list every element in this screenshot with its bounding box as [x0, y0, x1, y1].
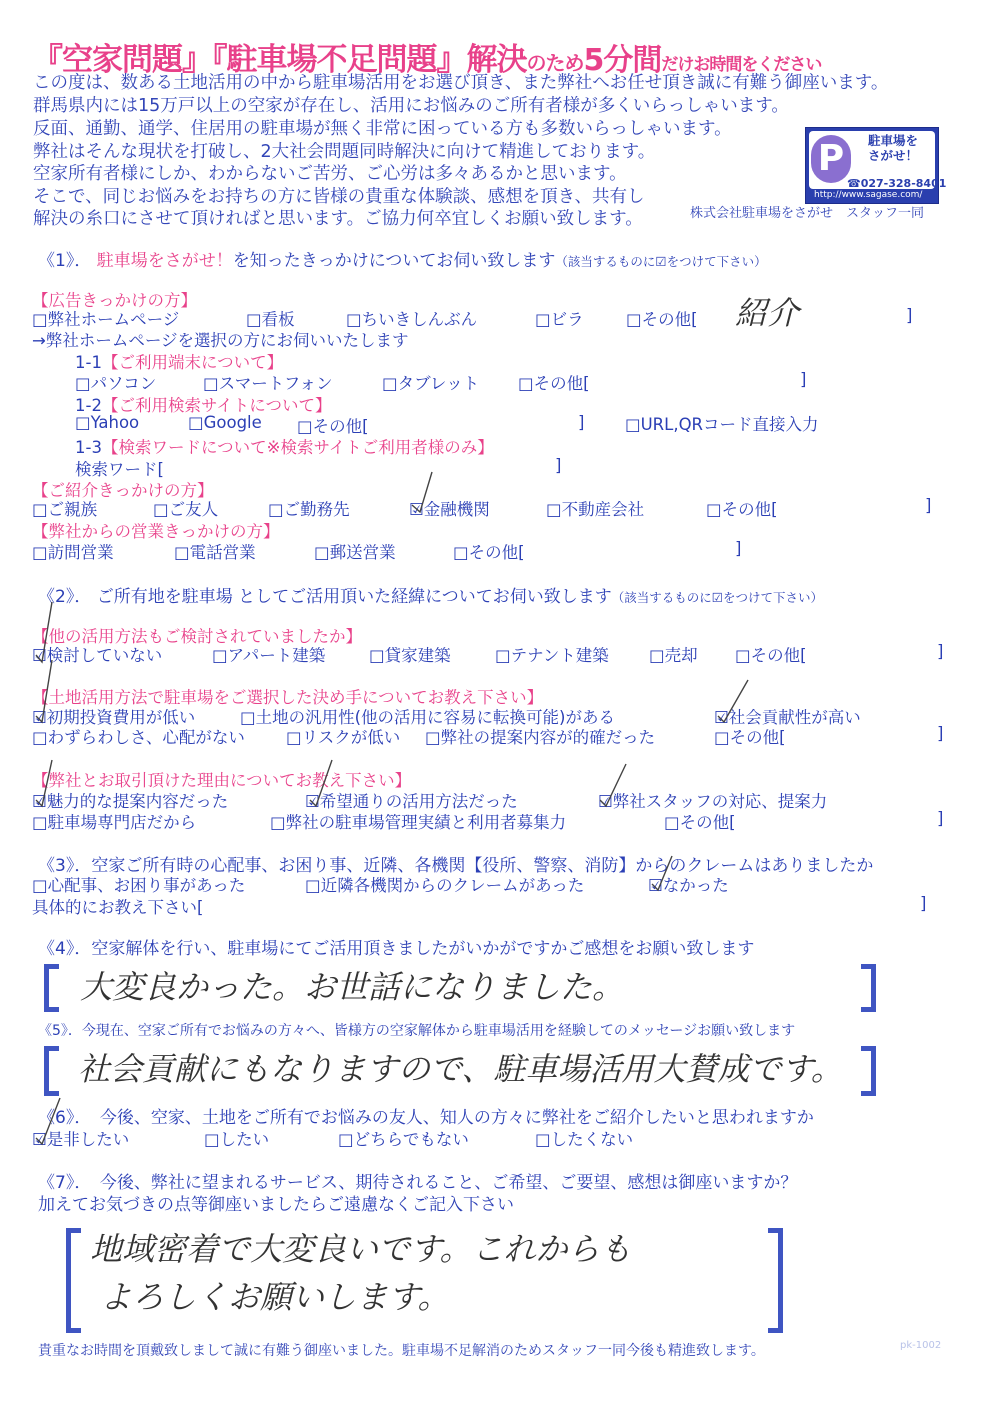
bracket-right: [861, 1046, 876, 1096]
homepage-lead: →弊社ホームページを選択の方にお伺いいたします: [32, 327, 409, 351]
q6-yes[interactable]: □したい: [204, 1126, 269, 1150]
bracket-close: ]: [578, 413, 584, 432]
q1-3-num: 1-3: [75, 438, 102, 457]
q2b-no-hassle[interactable]: □わずらわしさ、心配がない: [32, 724, 245, 748]
q6-no[interactable]: □したくない: [535, 1126, 633, 1150]
q3-detail-field[interactable]: 具体的にお教え下さい[: [32, 894, 203, 918]
q2c-track-record[interactable]: □弊社の駐車場管理実績と利用者募集力: [270, 809, 566, 833]
q7-answer-line-1[interactable]: 地域密着で大変良いです。これからも: [90, 1224, 631, 1270]
q2b-proposal-accurate[interactable]: □弊社の提案内容が的確だった: [425, 724, 655, 748]
q1-3-title: 【検索ワードについて※検索サイトご利用者様のみ】: [102, 438, 494, 457]
q1-number: 《1》．: [38, 251, 91, 271]
bracket-close: ]: [920, 894, 926, 913]
intro-line-4: 弊社はそんな現状を打破し、2大社会問題同時解決に向けて精進しております。: [33, 141, 655, 163]
intro-line-2: 群馬県内には15万戸以上の空家が存在し、活用にお悩みのご所有者様が多くいらっしゃ…: [33, 95, 789, 117]
q4-answer[interactable]: 大変良かった。お世話になりました。: [80, 962, 624, 1008]
sales-mail[interactable]: □郵送営業: [314, 539, 396, 563]
referral-relative[interactable]: □ご親族: [32, 496, 97, 520]
sales-phone[interactable]: □電話営業: [174, 539, 256, 563]
search-google[interactable]: □Google: [188, 413, 262, 432]
q6-definitely[interactable]: ☑是非したい: [32, 1126, 129, 1150]
bracket-close: ]: [937, 724, 943, 743]
q2c-other[interactable]: □その他[: [664, 809, 736, 833]
q2a-rental-house[interactable]: □貸家建築: [369, 642, 451, 666]
intro-line-6: そこで、同じお悩みをお持ちの方に皆様の貴重な体験談、感想を頂き、共有し: [33, 186, 644, 208]
bracket-close: ]: [906, 306, 912, 325]
q5-answer[interactable]: 社会貢献にもなりますので、駐車場活用大賛成です。: [78, 1044, 843, 1090]
q7-answer-line-2[interactable]: よろしくお願いします。: [100, 1272, 449, 1318]
logo-url: http://www.sagase.com/: [814, 190, 922, 200]
bracket-close: ]: [800, 370, 806, 389]
q1-text: を知ったきっかけについてお伺い致します: [233, 251, 556, 271]
bracket-close: ]: [735, 539, 741, 558]
ad-option-flyer[interactable]: □ビラ: [535, 306, 584, 330]
device-tablet[interactable]: □タブレット: [382, 370, 479, 394]
parking-p-icon: P: [811, 135, 851, 183]
bracket-close: ]: [937, 642, 943, 661]
bracket-right: [861, 964, 876, 1012]
logo-name: 駐車場を さがせ！: [853, 133, 933, 163]
bracket-left: [44, 1046, 59, 1096]
q5-heading: 《5》．今現在、空家ご所有でお悩みの方々へ、皆様方の空家解体から駐車場活用を経験…: [38, 1020, 795, 1040]
q2a-not-considered[interactable]: ☑検討していない: [32, 642, 162, 666]
search-yahoo[interactable]: □Yahoo: [75, 413, 139, 432]
q2a-sale[interactable]: □売却: [649, 642, 698, 666]
footer-message: 貴重なお時間を頂戴致しまして誠に有難う御座いました。駐車場不足解消のためスタッフ…: [38, 1340, 765, 1360]
device-smartphone[interactable]: □スマートフォン: [203, 370, 332, 394]
bracket-left: [44, 964, 59, 1012]
search-url-qr[interactable]: □URL,QRコード直接入力: [625, 411, 819, 435]
q2c-specialist[interactable]: □駐車場専門店だから: [32, 809, 196, 833]
referral-workplace[interactable]: □ご勤務先: [268, 496, 350, 520]
q3-worries[interactable]: □心配事、お困り事があった: [32, 872, 245, 896]
company-logo: P 駐車場を さがせ！ ☎027-328-8401 http://www.sag…: [805, 127, 939, 204]
q3-none[interactable]: ☑なかった: [648, 872, 729, 896]
form-code: pk-1002: [900, 1340, 941, 1351]
referral-friend[interactable]: □ご友人: [153, 496, 218, 520]
q2-heading: 《2》． ご所有地を駐車場 としてご活用頂いた経緯についてお伺い致します（該当す…: [38, 582, 823, 607]
bracket-right: [768, 1228, 783, 1333]
q1-brand: 駐車場をさがせ！: [97, 251, 233, 271]
bracket-close: ]: [555, 456, 561, 475]
q4-heading: 《4》．空家解体を行い、駐車場にてご活用頂きましたがいかがですかご感想をお願い致…: [38, 934, 754, 959]
bracket-close: ]: [925, 496, 931, 515]
q3-complaints[interactable]: □近隣各機関からのクレームがあった: [305, 872, 584, 896]
logo-text-2: さがせ！: [853, 148, 933, 163]
referral-bank[interactable]: ☑金融機関: [409, 496, 490, 520]
q2b-other[interactable]: □その他[: [714, 724, 786, 748]
device-other[interactable]: □その他[: [518, 370, 590, 394]
q2a-tenant[interactable]: □テナント建築: [495, 642, 609, 666]
intro-line-7: 解決の糸口にさせて頂ければと思います。ご協力何卒宜しくお願い致します。: [33, 208, 643, 230]
q2a-apartment[interactable]: □アパート建築: [212, 642, 325, 666]
q2a-other[interactable]: □その他[: [735, 642, 807, 666]
referral-other[interactable]: □その他[: [706, 496, 778, 520]
logo-phone: ☎027-328-8401: [847, 177, 946, 190]
logo-text-1: 駐車場を: [853, 133, 933, 148]
ad-other-answer[interactable]: 紹介: [735, 288, 799, 334]
q2-note: （該当するものに☑をつけて下さい）: [612, 590, 823, 605]
bracket-left: [66, 1228, 81, 1333]
ad-option-other[interactable]: □その他[: [626, 306, 698, 330]
intro-line-5: 空家所有者様にしか、わからないご苦労、ご心労は多々あるかと思います。: [33, 163, 627, 185]
q1-3-label: 1-3【検索ワードについて※検索サイトご利用者様のみ】: [75, 434, 494, 458]
q6-neutral[interactable]: □どちらでもない: [338, 1126, 469, 1150]
intro-line-3: 反面、通勤、通学、住居用の駐車場が無く非常に困っている方も多数いらっしゃいます。: [33, 118, 732, 140]
q7-subheading: 加えてお気づきの点等御座いましたらご遠慮なくご記入下さい: [38, 1190, 514, 1215]
device-pc[interactable]: □パソコン: [75, 370, 156, 394]
q1-note: （該当するものに☑をつけて下さい）: [555, 254, 766, 269]
q2b-low-risk[interactable]: □リスクが低い: [286, 724, 400, 748]
intro-line-1: この度は、数ある土地活用の中から駐車場活用をお選び頂き、また弊社へお任せ頂き誠に…: [33, 72, 888, 94]
q1-heading: 《1》． 駐車場をさがせ！を知ったきっかけについてお伺い致します（該当するものに…: [38, 246, 767, 271]
bracket-close: ]: [937, 809, 943, 828]
signature: 株式会社駐車場をさがせ スタッフ一同: [690, 202, 924, 221]
q2-number: 《2》．: [38, 587, 91, 607]
referral-realestate[interactable]: □不動産会社: [546, 496, 644, 520]
sales-visit[interactable]: □訪問営業: [32, 539, 114, 563]
q2-text: ご所有地を駐車場 としてご活用頂いた経緯についてお伺い致します: [97, 587, 612, 607]
sales-other[interactable]: □その他[: [453, 539, 525, 563]
q6-heading: 《6》． 今後、空家、土地をご所有でお悩みの友人、知人の方々に弊社をご紹介したい…: [38, 1103, 814, 1128]
